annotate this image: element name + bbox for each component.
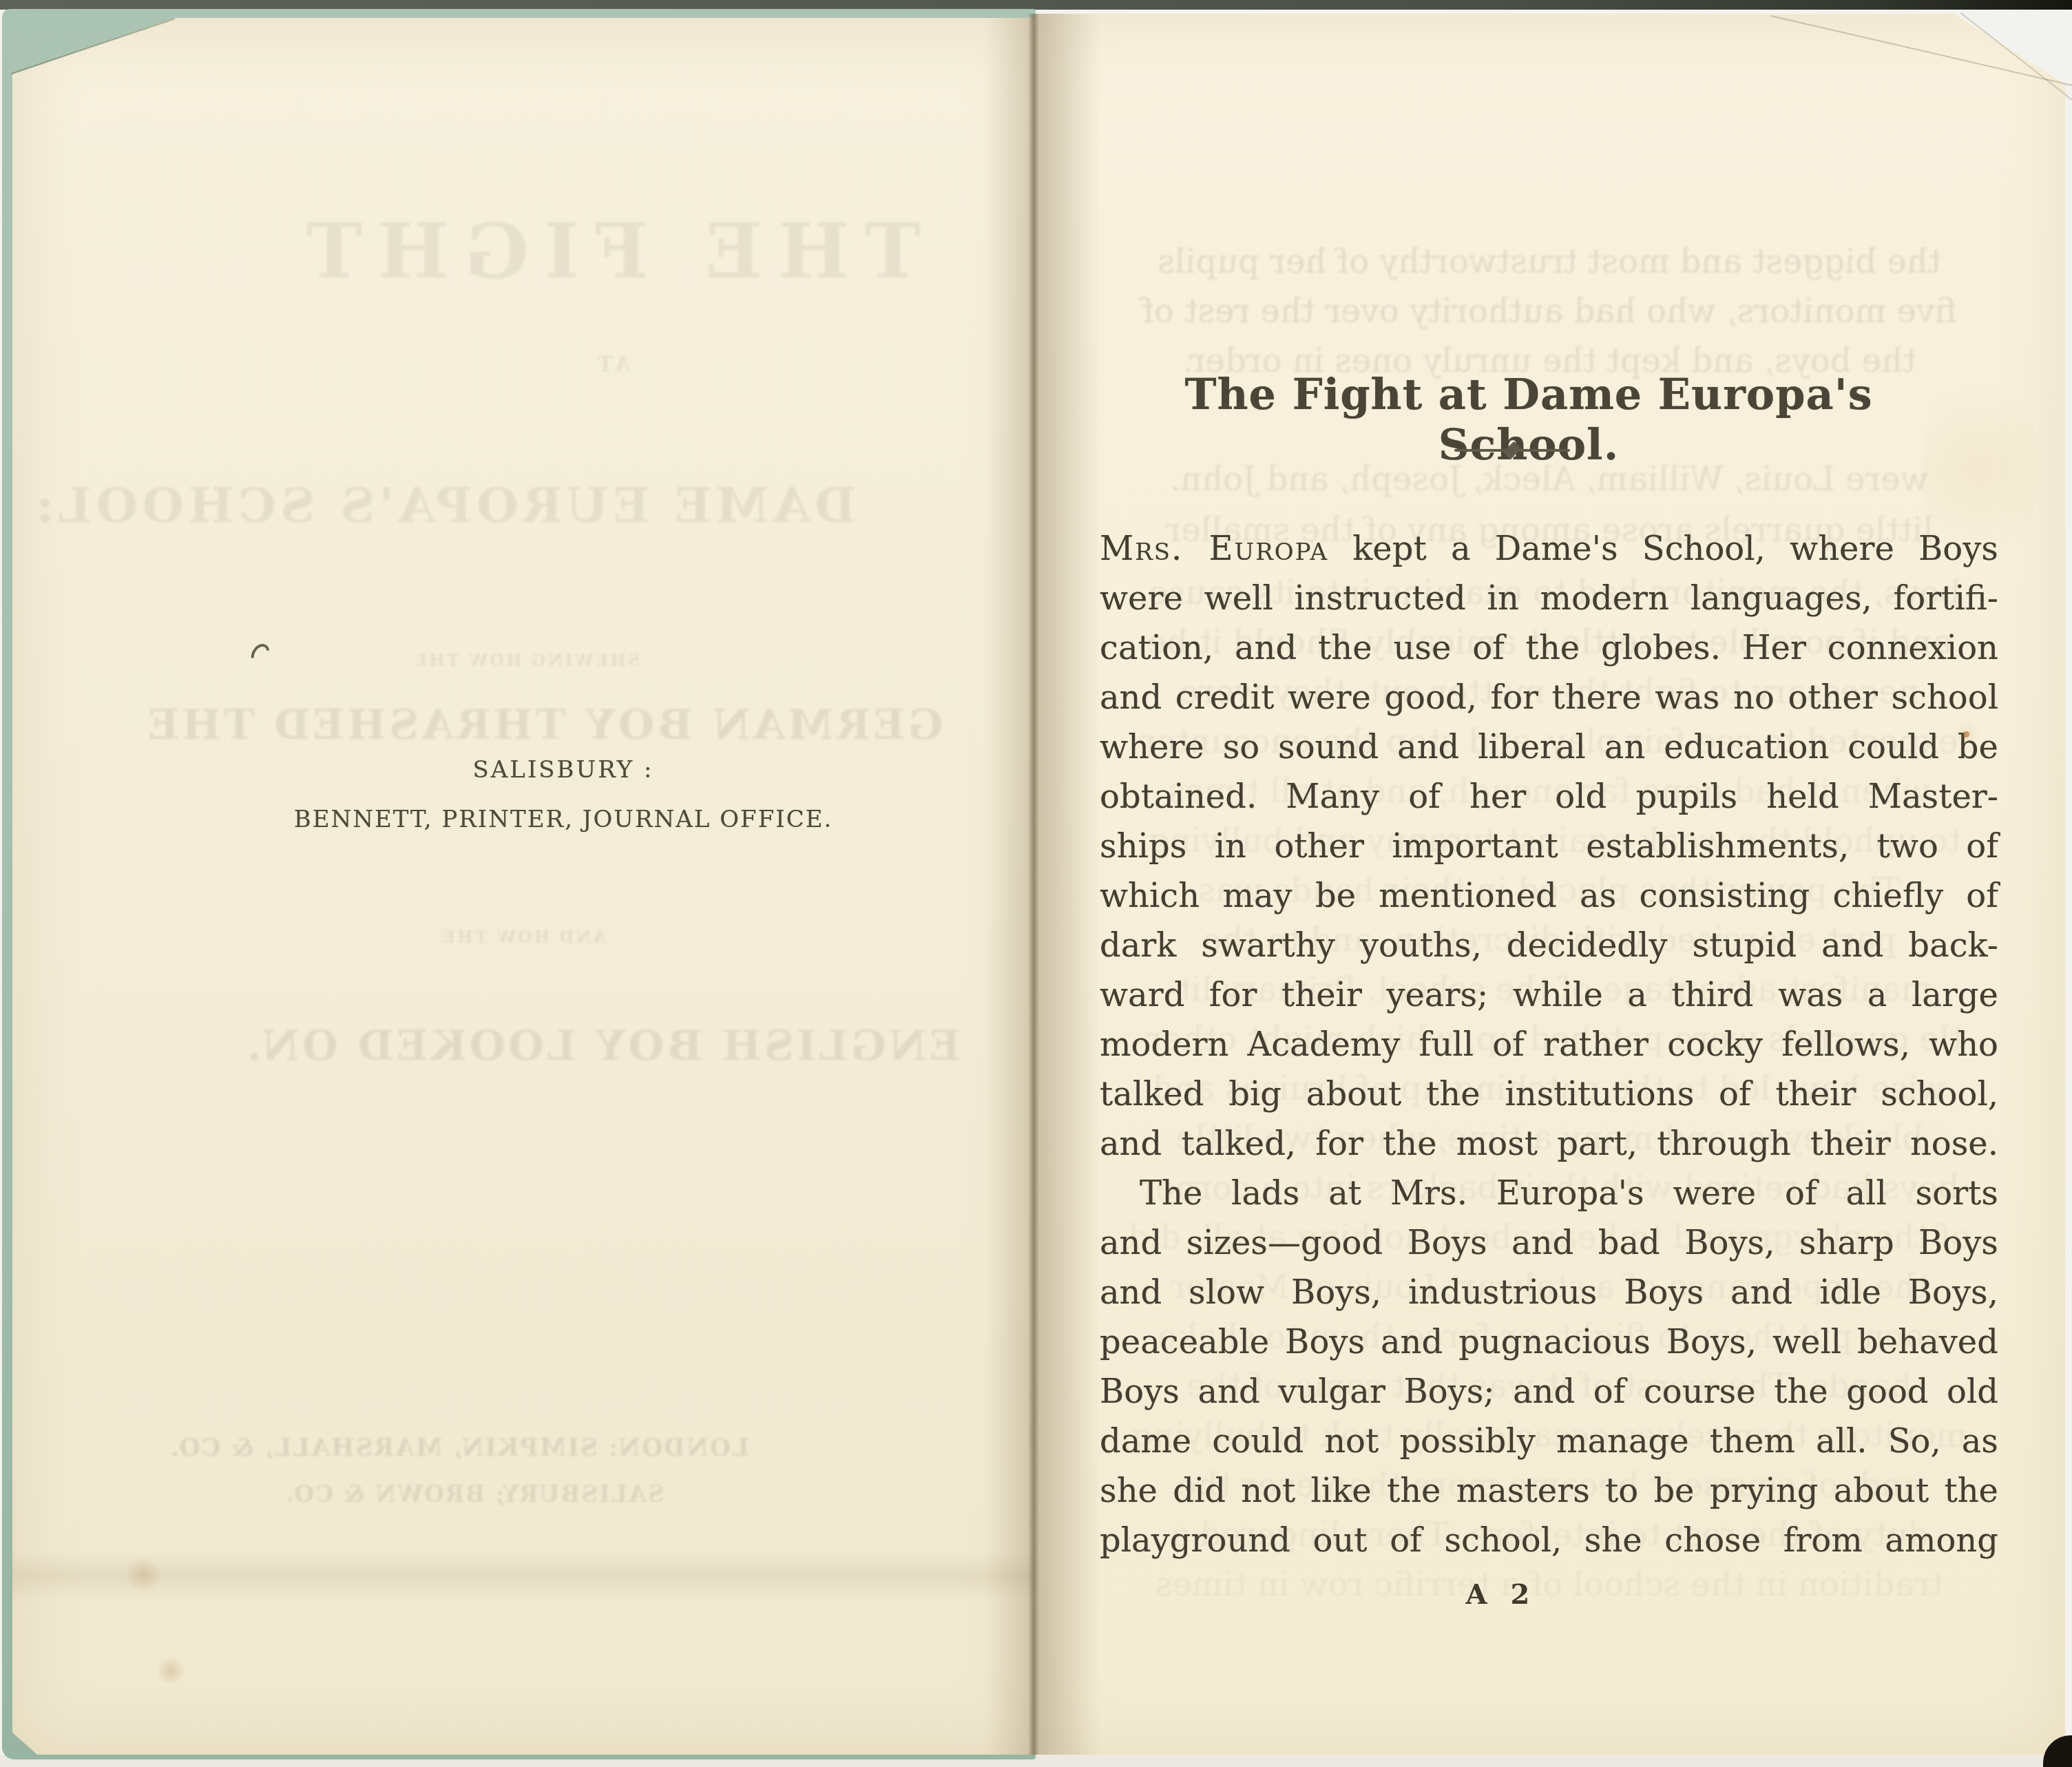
paragraph-1-lines: were well instructed in modern languages… (1100, 574, 1998, 1169)
bleedthrough-line: LONDON: SIMPKIN, MARSHALL, & CO. (169, 1434, 749, 1462)
text-line: playground out of school, she chose from… (1100, 1516, 1998, 1565)
body-text-column: Mrs. Europa kept a Dame's School, where … (1100, 524, 1998, 1565)
text-line: Boys and vulgar Boys; and of course the … (1100, 1367, 1998, 1416)
foxing-stain (124, 1558, 163, 1591)
bleedthrough-line: DAME EUROPA'S SCHOOL: (32, 477, 856, 534)
bleedthrough-line: ENGLISH BOY LOOKED ON. (244, 1022, 961, 1070)
text-line: ships in other important establishments,… (1100, 822, 1998, 871)
scan-top-edge (0, 0, 2072, 10)
signature-mark: A 2 (1432, 1578, 1570, 1611)
text-line: The lads at Mrs. Europa's were of all so… (1100, 1169, 1998, 1218)
imprint-city: SALISBURY : (357, 756, 770, 784)
text-line: and slow Boys, industrious Boys and idle… (1100, 1268, 1998, 1317)
lead-small-caps: Mrs. Europa (1100, 530, 1328, 568)
text-line: and talked, for the most part, through t… (1100, 1119, 1998, 1169)
text-line: dame could not possibly manage them all.… (1100, 1416, 1998, 1466)
text-line: and credit were good, for there was no o… (1100, 673, 1998, 722)
text-line: modern Academy full of rather cocky fell… (1100, 1020, 1998, 1069)
bleedthrough-line: AND HOW THE (441, 927, 606, 947)
text-line: peaceable Boys and pugnacious Boys, well… (1100, 1317, 1998, 1367)
paper-stain (1921, 358, 2038, 578)
paragraph-1: Mrs. Europa kept a Dame's School, where … (1100, 524, 1998, 1169)
text-line: and sizes—good Boys and bad Boys, sharp … (1100, 1218, 1998, 1268)
bleedthrough-line: five monitors, who had authority over th… (1142, 292, 1957, 331)
foxing-stain (156, 1657, 186, 1684)
text-line: she did not like the masters to be pryin… (1100, 1466, 1998, 1516)
bleedthrough-line: SHEWING HOW THE (412, 650, 640, 670)
text-line: Mrs. Europa kept a Dame's School, where … (1100, 524, 1998, 574)
page-gutter-shadow (1028, 14, 1039, 1755)
text-line: dark swarthy youths, decidedly stupid an… (1100, 921, 1998, 970)
lead-rest: kept a Dame's School, where Boys (1328, 530, 1998, 568)
text-line: cation, and the use of the globes. Her c… (1100, 623, 1998, 673)
text-line: where so sound and liberal an education … (1100, 722, 1998, 772)
text-line: which may be mentioned as consisting chi… (1100, 871, 1998, 921)
text-line: ward for their years; while a third was … (1100, 970, 1998, 1020)
paragraph-2: The lads at Mrs. Europa's were of all so… (1100, 1169, 1998, 1565)
text-line: obtained. Many of her old pupils held Ma… (1100, 772, 1998, 822)
bleedthrough-line: GERMAN BOY THRASHED THE (145, 701, 943, 749)
rust-speck (1963, 731, 1969, 738)
scanned-book-spread: THE FIGHTATDAME EUROPA'S SCHOOL:SHEWING … (0, 0, 2072, 1767)
bleedthrough-line: AT (595, 353, 631, 377)
text-line: talked big about the institutions of the… (1100, 1069, 1998, 1119)
title-divider-ornament (1454, 449, 1570, 452)
page-fold-band (12, 1551, 1034, 1600)
imprint-printer: BENNETT, PRINTER, JOURNAL OFFICE. (253, 806, 873, 833)
bleedthrough-line: the biggest and most trustworthy of her … (1158, 242, 1941, 281)
bleedthrough-line: SALISBURY; BROWN & CO. (285, 1481, 664, 1507)
chapter-title: The Fight at Dame Europa's School. (1102, 369, 1956, 470)
text-line: were well instructed in modern languages… (1100, 574, 1998, 623)
bleedthrough-line: THE FIGHT (291, 207, 921, 295)
